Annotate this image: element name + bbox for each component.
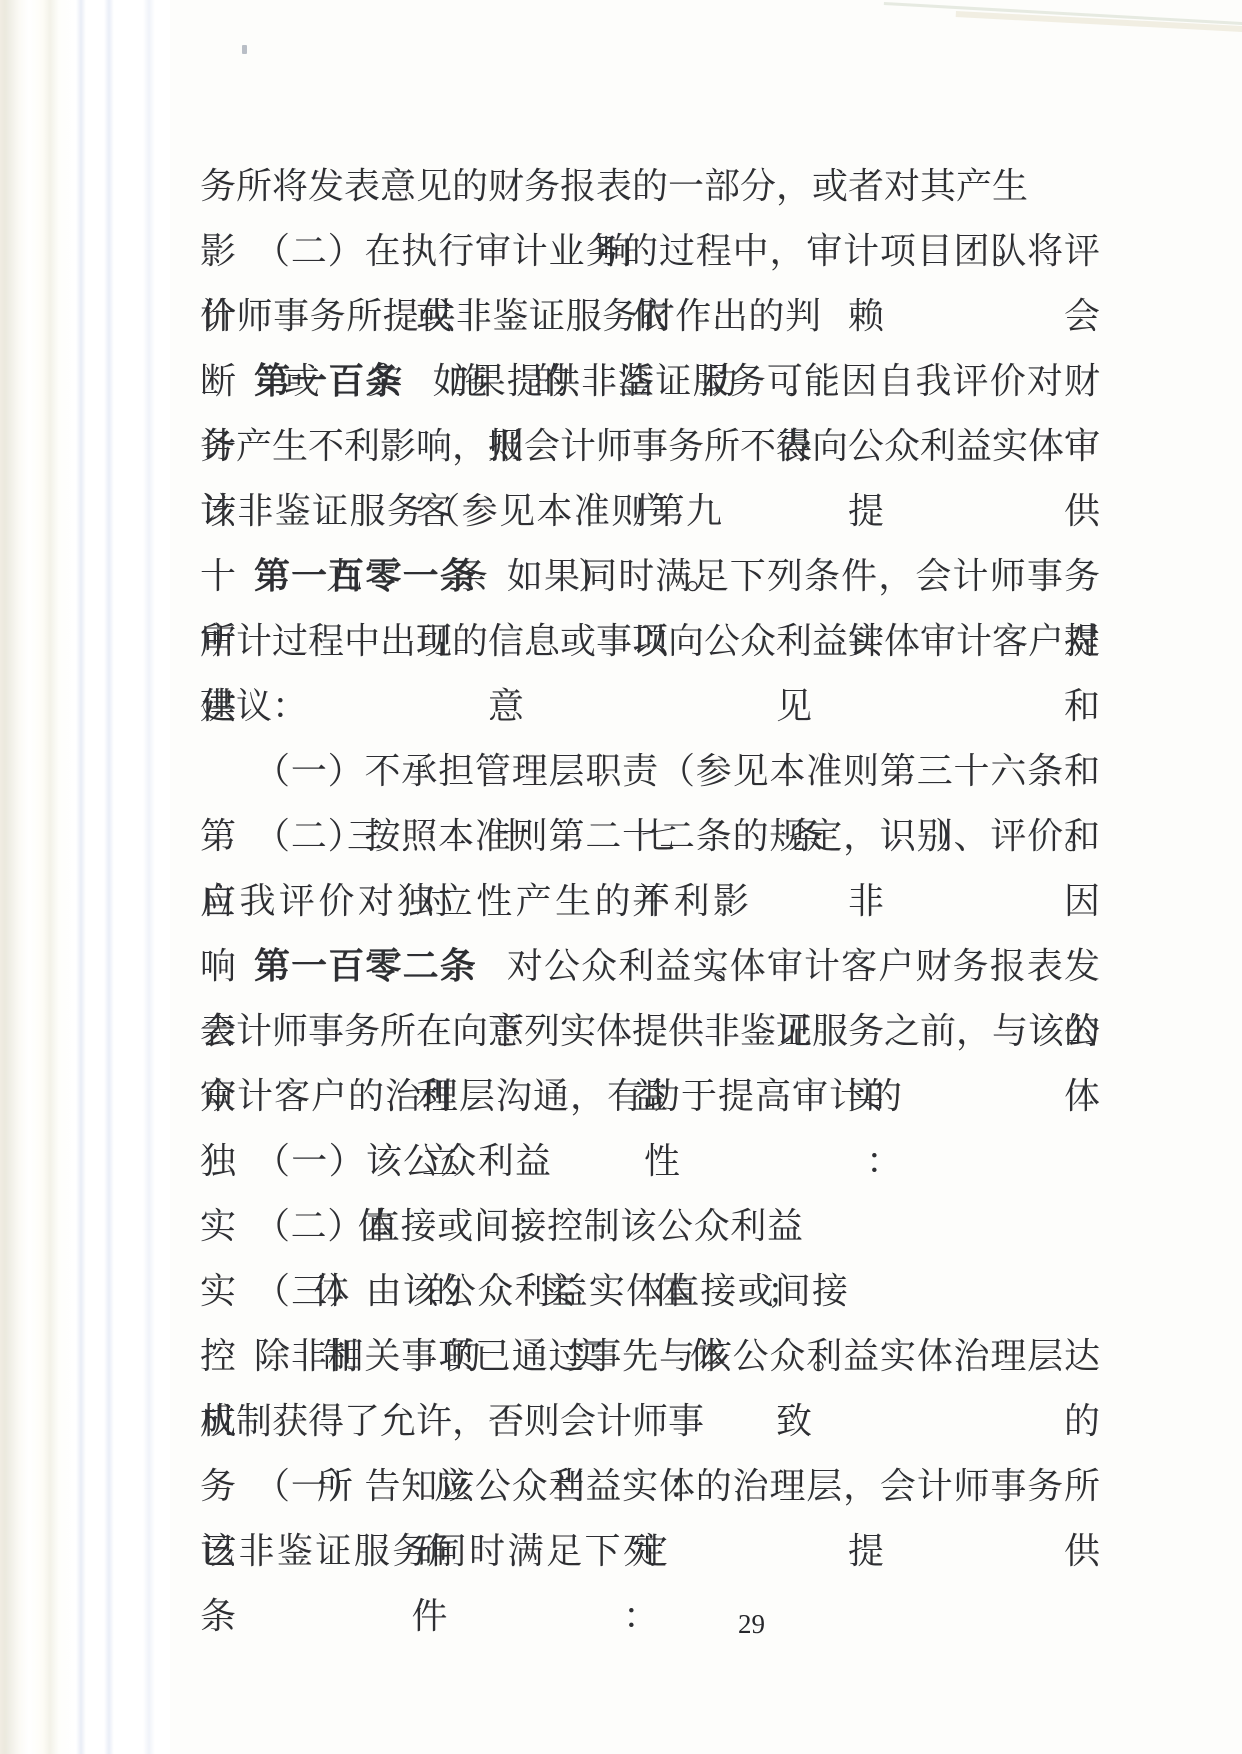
line-text: 该非鉴证服务同时满足下列条件： — [200, 1531, 659, 1636]
text-line: （一）告知该公众利益实体的治理层，会计师事务所已确定提供 — [200, 1454, 1100, 1519]
text-line: 审计过程中出现的信息或事项向公众利益实体审计客户提供意见和 — [200, 609, 1100, 674]
text-line: 自我评价对独立性产生的不利影响。 — [200, 869, 749, 934]
text-line: 计产生不利影响，则会计师事务所不得向公众利益实体审计客户提供 — [200, 414, 1100, 479]
document-page: 务所将发表意见的财务报表的一部分，或者对其产生影响。（二）在执行审计业务的过程中… — [0, 0, 1242, 1754]
text-line: 务所将发表意见的财务报表的一部分，或者对其产生影响。 — [200, 154, 1028, 219]
text-line: 机制获得了允许，否则会计师事务所应当： — [200, 1389, 704, 1454]
text-line: （二）直接或间接控制该公众利益实体的实体； — [200, 1194, 803, 1259]
page-number: 29 — [738, 1604, 765, 1644]
text-line: 计师事务所提供非鉴证服务时作出的判断或实施的活动。 — [200, 284, 821, 349]
text-line: 该非鉴证服务（参见本准则第九十九条）。 — [200, 479, 722, 544]
line-text: 建议： — [200, 686, 308, 726]
document-content: 务所将发表意见的财务报表的一部分，或者对其产生影响。（二）在执行审计业务的过程中… — [200, 154, 1100, 1584]
article-number: 第一百条 — [254, 361, 403, 401]
article-line: 第一百零一条如果同时满足下列条件，会计师事务所可以针对 — [200, 544, 1100, 609]
text-line: 建议： — [200, 674, 308, 739]
article-line: 第一百零二条对公众利益实体审计客户财务报表发表意见的 — [200, 934, 1100, 999]
text-line: 除非相关事项已通过事先与该公众利益实体治理层达成一致的 — [200, 1324, 1100, 1389]
text-line: （一）不承担管理层职责（参见本准则第三十六条和第三十七条）。 — [200, 739, 1100, 804]
line-text: 审计过程中出现的信息或事项向公众利益实体审计客户提供意见和 — [200, 621, 1100, 726]
text-line: 审计客户的治理层沟通，有助于提高审计的独立性： — [200, 1064, 902, 1129]
text-line: 该非鉴证服务同时满足下列条件： — [200, 1519, 659, 1584]
text-line: （二）在执行审计业务的过程中，审计项目团队将评价或依赖会 — [200, 219, 1100, 284]
scan-edge-artifact — [0, 0, 170, 1754]
article-number: 第一百零一条 — [254, 556, 477, 596]
text-line: （二）按照本准则第二十二条的规定，识别、评价和应对并非因 — [200, 804, 1100, 869]
article-line: 第一百条如果提供非鉴证服务可能因自我评价对财务报表审 — [200, 349, 1100, 414]
text-line: （三）由该公众利益实体直接或间接控制的实体。 — [200, 1259, 848, 1324]
text-line: 会计师事务所在向下列实体提供非鉴证服务之前，与该公众利益实体 — [200, 999, 1100, 1064]
article-number: 第一百零二条 — [254, 946, 477, 986]
scan-speck — [242, 45, 247, 54]
